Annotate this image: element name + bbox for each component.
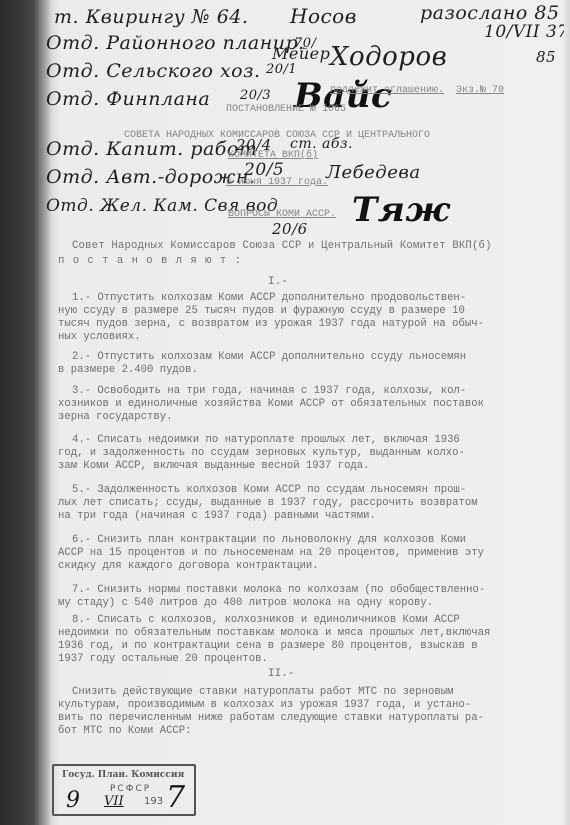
- handwritten-distribution-3: Отд. Сельского хоз.: [46, 60, 261, 82]
- stamp-republic: РСФСР: [110, 784, 151, 794]
- item-4: 4.- Списать недоимки по натуроплате прош…: [58, 434, 558, 473]
- section-2-text: Снизить действующие ставки натуроплаты р…: [58, 686, 558, 738]
- handwritten-name-lebedeva: Лебедева: [326, 162, 421, 183]
- handwritten-number: 20/6: [272, 220, 308, 238]
- scanned-document-page: т. Квирингу № 64. Отд. Районного планир.…: [0, 0, 570, 825]
- stamp-year-prefix: 193: [144, 796, 163, 807]
- section-number-1: I.-: [268, 276, 288, 288]
- handwritten-distribution-1: т. Квирингу № 64.: [54, 6, 248, 28]
- handwritten-count: 85: [536, 48, 556, 66]
- item-3: 3.- Освободить на три года, начиная с 19…: [58, 385, 558, 424]
- handwritten-name-khodorov: Ходоров: [330, 42, 447, 72]
- handwritten-distributed-note: разослано 85: [420, 2, 560, 24]
- handwritten-number: 20/1: [266, 62, 297, 77]
- document-title: ПОСТАНОВЛЕНИЕ № 1065: [226, 104, 346, 115]
- copy-number: Экз.№ 70: [456, 85, 504, 96]
- item-7: 7.- Снизить нормы поставки молока по кол…: [58, 584, 558, 610]
- preamble-line-2: п о с т а н о в л я ю т :: [58, 255, 242, 267]
- handwritten-distribution-5: Отд. Капит. работ: [46, 138, 257, 160]
- handwritten-name-meyer: Мейер: [272, 44, 330, 63]
- document-date: 5 июня 1937 года.: [226, 177, 328, 188]
- stamp-day: 9: [66, 788, 80, 813]
- issuer-line-1: СОВЕТА НАРОДНЫХ КОМИССАРОВ СОЮЗА ССР И Ц…: [124, 130, 430, 141]
- item-5: 5.- Задолженность колхозов Коми АССР по …: [58, 484, 558, 523]
- item-6: 6.- Снизить план контрактации по льновол…: [58, 534, 558, 573]
- item-8: 8.- Списать с колхозов, колхозников и ед…: [58, 614, 558, 666]
- handwritten-distribution-2: Отд. Районного планир.: [46, 32, 305, 54]
- handwritten-distributed-date: 10/VII 37: [484, 22, 569, 42]
- receipt-stamp: Госуд. План. Комиссия РСФСР 9 VII 193 7: [52, 764, 196, 816]
- restriction-note: подлежит оглашению.: [330, 85, 444, 96]
- stamp-month: VII: [104, 794, 124, 809]
- document-subject: ВОПРОСЫ КОМИ АССР.: [228, 209, 336, 220]
- section-number-2: II.-: [268, 668, 294, 680]
- stamp-year-suffix: 7: [166, 780, 185, 815]
- handwritten-distribution-4: Отд. Финплана: [46, 88, 210, 110]
- stamp-org: Госуд. План. Комиссия: [62, 770, 184, 780]
- item-1: 1.- Отпустить колхозам Коми АССР дополни…: [58, 292, 558, 344]
- handwritten-number: 20/3: [240, 88, 271, 103]
- item-2: 2.- Отпустить колхозам Коми АССР дополни…: [58, 351, 558, 377]
- handwritten-name-nosov: Носов: [290, 4, 357, 28]
- issuer-line-2: КОМИТЕТА ВКП(б): [228, 150, 318, 161]
- signature-second: Тяж: [352, 190, 450, 230]
- handwritten-distribution-6: Отд. Авт.-дорожн.: [46, 166, 255, 188]
- preamble-line-1: Совет Народных Комиссаров Союза ССР и Це…: [72, 240, 492, 252]
